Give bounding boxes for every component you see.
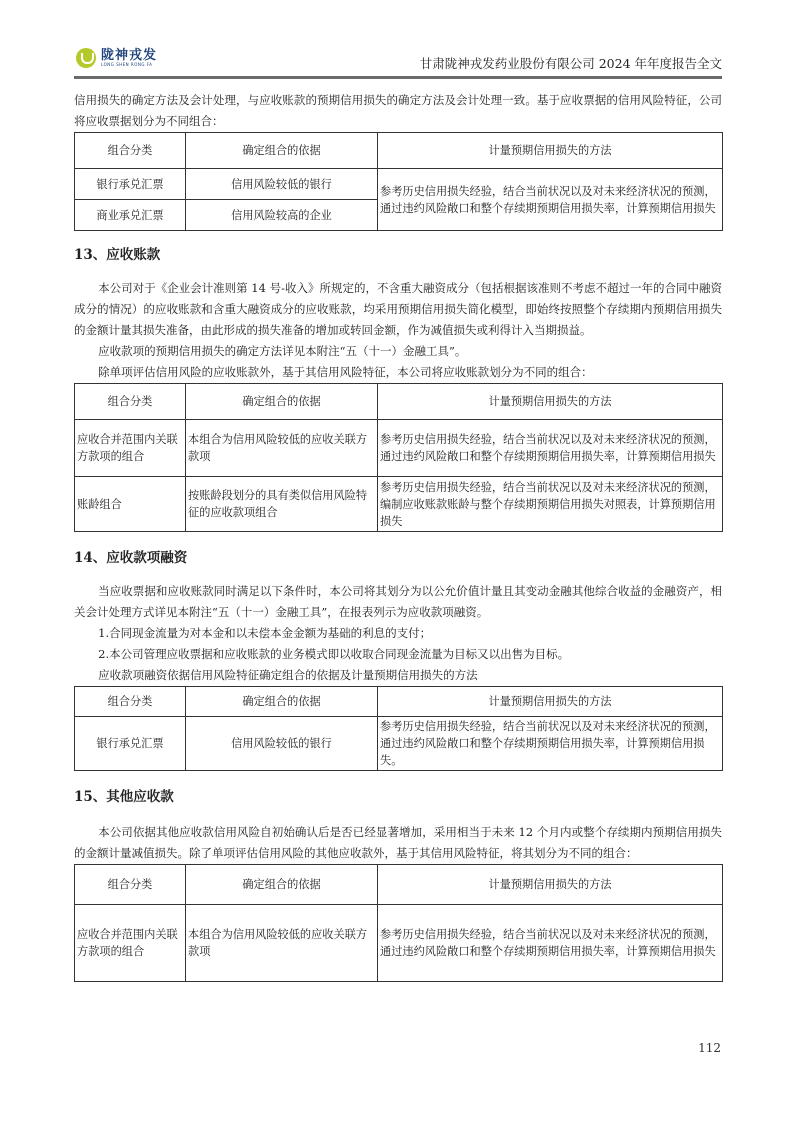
header-basis: 确定组合的依据: [186, 687, 378, 717]
page-number: 112: [698, 1041, 721, 1055]
cell-method: 参考历史信用损失经验，结合当前状况以及对未来经济状况的预测，通过违约风险敞口和整…: [378, 905, 723, 982]
company-logo: 陇神戎发 LONG SHEN RONG FA: [76, 48, 157, 68]
header-category: 组合分类: [75, 865, 186, 905]
section14-condition-1: 1.合同现金流量为对本金和以未偿本金金额为基础的利息的支付；: [74, 623, 722, 644]
header-method: 计量预期信用损失的方法: [378, 687, 723, 717]
report-title: 甘肃陇神戎发药业股份有限公司 2024 年年度报告全文: [420, 54, 722, 72]
header-method: 计量预期信用损失的方法: [378, 865, 723, 905]
receivables-financing-table: 组合分类 确定组合的依据 计量预期信用损失的方法 银行承兑汇票 信用风险较低的银…: [74, 686, 723, 771]
accounts-receivable-table: 组合分类 确定组合的依据 计量预期信用损失的方法 应收合并范围内关联方款项的组合…: [74, 383, 723, 532]
section-heading-14: 14、应收款项融资: [74, 548, 722, 569]
cell-method: 参考历史信用损失经验，结合当前状况以及对未来经济状况的预测，编制应收账款账龄与整…: [378, 477, 723, 532]
cell-basis: 信用风险较低的银行: [186, 169, 378, 200]
cell-method: 参考历史信用损失经验，结合当前状况以及对未来经济状况的预测，通过违约风险敞口和整…: [378, 169, 723, 231]
header-category: 组合分类: [75, 687, 186, 717]
section14-paragraph: 当应收票据和应收账款同时满足以下条件时，本公司将其划分为以公允价值计量且其变动金…: [74, 581, 722, 623]
header-basis: 确定组合的依据: [186, 865, 378, 905]
cell-category: 应收合并范围内关联方款项的组合: [75, 905, 186, 982]
notes-receivable-table: 组合分类 确定组合的依据 计量预期信用损失的方法 银行承兑汇票 信用风险较低的银…: [74, 132, 723, 231]
cell-basis: 信用风险较低的银行: [186, 717, 378, 771]
table-row: 银行承兑汇票 信用风险较低的银行 参考历史信用损失经验，结合当前状况以及对未来经…: [75, 169, 723, 200]
table-row: 银行承兑汇票 信用风险较低的银行 参考历史信用损失经验，结合当前状况以及对未来经…: [75, 717, 723, 771]
other-receivables-table: 组合分类 确定组合的依据 计量预期信用损失的方法 应收合并范围内关联方款项的组合…: [74, 864, 723, 982]
cell-basis: 本组合为信用风险较低的应收关联方款项: [186, 905, 378, 982]
intro-paragraph: 信用损失的确定方法及会计处理，与应收账款的预期信用损失的确定方法及会计处理一致。…: [74, 90, 722, 132]
header-method: 计量预期信用损失的方法: [378, 133, 723, 169]
table-row: 应收合并范围内关联方款项的组合 本组合为信用风险较低的应收关联方款项 参考历史信…: [75, 905, 723, 982]
table-row: 账龄组合 按账龄段划分的具有类似信用风险特征的应收款项组合 参考历史信用损失经验…: [75, 477, 723, 532]
section15-paragraph: 本公司依据其他应收款信用风险自初始确认后是否已经显著增加，采用相当于未来 12 …: [74, 822, 722, 864]
section14-condition-2: 2.本公司管理应收票据和应收账款的业务模式即以收取合同现金流量为目标又以出售为目…: [74, 644, 722, 665]
cell-category: 银行承兑汇票: [75, 169, 186, 200]
section14-paragraph: 应收款项融资依据信用风险特征确定组合的依据及计量预期信用损失的方法: [74, 665, 722, 686]
header-category: 组合分类: [75, 384, 186, 420]
cell-basis: 按账龄段划分的具有类似信用风险特征的应收款项组合: [186, 477, 378, 532]
logo-name-cn: 陇神戎发: [101, 49, 157, 62]
section-heading-13: 13、应收账款: [74, 245, 722, 266]
cell-category: 账龄组合: [75, 477, 186, 532]
page-body: 信用损失的确定方法及会计处理，与应收账款的预期信用损失的确定方法及会计处理一致。…: [74, 90, 722, 982]
header-method: 计量预期信用损失的方法: [378, 384, 723, 420]
cell-method: 参考历史信用损失经验，结合当前状况以及对未来经济状况的预测，通过违约风险敞口和整…: [378, 717, 723, 771]
header-basis: 确定组合的依据: [186, 384, 378, 420]
logo-name-en: LONG SHEN RONG FA: [101, 63, 157, 67]
section13-paragraph: 除单项评估信用风险的应收账款外，基于其信用风险特征，本公司将应收账款划分为不同的…: [74, 362, 722, 383]
cell-category: 应收合并范围内关联方款项的组合: [75, 420, 186, 477]
section13-paragraph: 本公司对于《企业会计准则第 14 号-收入》所规定的，不含重大融资成分（包括根据…: [74, 278, 722, 341]
cell-category: 银行承兑汇票: [75, 717, 186, 771]
company-logo-icon: [76, 48, 96, 68]
cell-method: 参考历史信用损失经验，结合当前状况以及对未来经济状况的预测，通过违约风险敞口和整…: [378, 420, 723, 477]
header-basis: 确定组合的依据: [186, 133, 378, 169]
section13-paragraph: 应收款项的预期信用损失的确定方法详见本附注“五（十一）金融工具”。: [74, 341, 722, 362]
cell-basis: 信用风险较高的企业: [186, 200, 378, 231]
header-category: 组合分类: [75, 133, 186, 169]
table-row: 应收合并范围内关联方款项的组合 本组合为信用风险较低的应收关联方款项 参考历史信…: [75, 420, 723, 477]
cell-category: 商业承兑汇票: [75, 200, 186, 231]
section-heading-15: 15、其他应收款: [74, 787, 722, 808]
page-header: 陇神戎发 LONG SHEN RONG FA 甘肃陇神戎发药业股份有限公司 20…: [74, 44, 722, 79]
cell-basis: 本组合为信用风险较低的应收关联方款项: [186, 420, 378, 477]
